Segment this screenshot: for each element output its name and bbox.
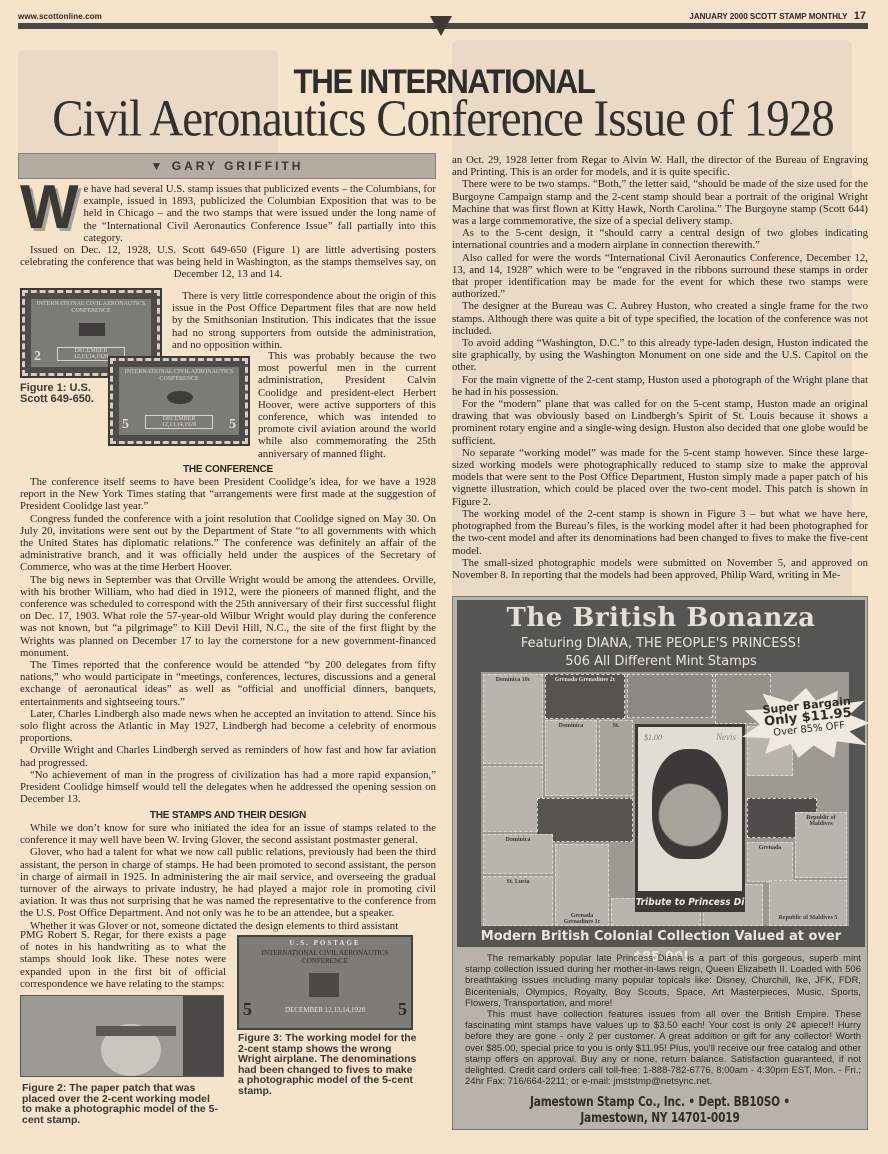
ad-header-panel: The British Bonanza Featuring DIANA, THE… — [457, 600, 865, 946]
section-heading-conference: THE CONFERENCE — [20, 464, 436, 475]
paragraph: The small-sized photographic models were… — [452, 557, 868, 581]
paragraph: The conference itself seems to have been… — [20, 476, 436, 513]
british-bonanza-ad[interactable]: The British Bonanza Featuring DIANA, THE… — [452, 596, 868, 1130]
diana-stamp-value: $1.00 — [644, 733, 662, 742]
intro-wrap-1: There is very little correspondence abou… — [172, 290, 436, 351]
paragraph: The designer at the Bureau was C. Aubrey… — [452, 300, 868, 337]
section-design: THE STAMPS AND THEIR DESIGN While we don… — [20, 807, 436, 932]
stamp-thumb: Grenada Grenadines 2c — [545, 674, 625, 719]
paragraph: Orville Wright and Charles Lindbergh ser… — [20, 744, 436, 768]
ad-body-paragraph-1: The remarkably popular late Princess Dia… — [465, 953, 861, 1009]
globe-plane-image — [167, 391, 193, 405]
paragraph: The Times reported that the conference w… — [20, 659, 436, 708]
stamp-thumb: St. Lucia — [483, 876, 553, 926]
figure-2-image — [20, 995, 224, 1077]
drop-cap: W — [20, 183, 79, 235]
right-column-text: an Oct. 29, 1928 letter from Regar to Al… — [452, 154, 868, 581]
stamp-5-cent: INTERNATIONAL CIVIL AERONAUTICS CONFEREN… — [110, 358, 248, 444]
paragraph: The working model of the 2-cent stamp is… — [452, 508, 868, 557]
paragraph: Congress funded the conference with a jo… — [20, 513, 436, 574]
ad-company-address: Jamestown Stamp Co., Inc. • Dept. BB10SO… — [499, 1094, 822, 1126]
stamp-thumb: Dominica — [545, 720, 597, 796]
section-conference: THE CONFERENCE The conference itself see… — [20, 461, 436, 805]
stamp-5c-value-left: 5 — [122, 417, 129, 433]
paragraph: an Oct. 29, 1928 letter from Regar to Al… — [452, 154, 868, 178]
paragraph: Glover, who had a talent for what we now… — [20, 846, 436, 919]
fig3-value-right: 5 — [398, 999, 407, 1020]
intro-wrap-2: This was probably because the two most p… — [258, 350, 436, 460]
byline: ▼ GARY GRIFFITH — [18, 153, 436, 179]
figure-3-caption: Figure 3: The working model for the 2-ce… — [238, 1033, 418, 1096]
intro-paragraph-2: Issued on Dec. 12, 1928, U.S. Scott 649-… — [20, 244, 436, 281]
diana-stamp: $1.00 Nevis — [635, 724, 745, 894]
ad-subtitle: Featuring DIANA, THE PEOPLE'S PRINCESS! — [457, 636, 865, 651]
issue-info: JANUARY 2000 SCOTT STAMP MONTHLY 17 — [689, 10, 866, 22]
intro-paragraph-3: There is very little correspondence abou… — [172, 290, 436, 351]
ad-value-band: Modern British Colonial Collection Value… — [457, 926, 865, 947]
figure-2-caption: Figure 2: The paper patch that was place… — [22, 1083, 222, 1125]
ad-body: The remarkably popular late Princess Dia… — [465, 953, 861, 1087]
header-triangle-icon — [430, 16, 452, 36]
paragraph: To avoid adding “Washington, D.C.” to th… — [452, 337, 868, 374]
paragraph: There were to be two stamps. “Both,” the… — [452, 178, 868, 227]
paragraph: PMG Robert S. Regar, for there exists a … — [20, 929, 226, 990]
site-url: www.scottonline.com — [18, 12, 102, 21]
stamp-thumb: Republic of Maldives 5 — [769, 880, 847, 926]
stamp-thumb: St. — [599, 720, 633, 796]
paragraph: The big news in September was that Orvil… — [20, 574, 436, 659]
intro-block: W e have had several U.S. stamp issues t… — [20, 183, 436, 281]
ad-body-paragraph-2: This must have collection features issue… — [465, 1009, 861, 1087]
stamp-thumb: Grenada — [747, 842, 793, 882]
paragraph: For the main vignette of the 2-cent stam… — [452, 374, 868, 398]
design-wrap: PMG Robert S. Regar, for there exists a … — [20, 929, 226, 990]
fig3-stamp-top: U.S. POSTAGE — [239, 939, 411, 947]
fig3-stamp-date: DECEMBER 12,13,14,1928 — [275, 1006, 375, 1014]
issue-date: JANUARY 2000 — [689, 12, 747, 21]
airplane-image — [96, 1026, 176, 1036]
figure-1-caption: Figure 1: U.S. Scott 649-650. — [20, 383, 100, 405]
stamp-thumb: Dominica 10c — [483, 674, 543, 764]
ad-subtitle-2: 506 All Different Mint Stamps — [457, 654, 865, 669]
stamp-thumb: Dominica — [483, 834, 553, 874]
diana-stamp-caption: Tribute to Princess Di — [635, 894, 745, 912]
publication-name: SCOTT STAMP MONTHLY — [750, 12, 848, 21]
paragraph: While we don’t know for sure who initiat… — [20, 822, 436, 846]
paragraph: Also called for were the words “Internat… — [452, 252, 868, 301]
stamp-thumb — [483, 766, 543, 832]
wright-plane-image — [79, 323, 105, 337]
magazine-page: www.scottonline.com JANUARY 2000 SCOTT S… — [0, 0, 888, 1154]
paragraph: For the “modern” plane that was called f… — [452, 398, 868, 447]
stamp-2c-value: 2 — [34, 349, 41, 365]
page-number: 17 — [854, 10, 866, 22]
stamp-5c-date: DECEMBER 12,13,14,1928 — [145, 415, 212, 429]
paragraph: As to the 5-cent design, it “should carr… — [452, 227, 868, 251]
stamp-thumb: Republic of Maldives — [795, 812, 847, 878]
stamp-thumb: Grenada Grenadines 1c — [555, 844, 609, 926]
ad-title: The British Bonanza — [457, 603, 865, 633]
section-heading-design: THE STAMPS AND THEIR DESIGN — [20, 810, 436, 821]
paragraph: “No achievement of man in the progress o… — [20, 769, 436, 806]
article-title: Civil Aeronautics Conference Issue of 19… — [18, 89, 868, 148]
stamp-5c-header: INTERNATIONAL CIVIL AERONAUTICS CONFEREN… — [119, 369, 239, 383]
intro-paragraph-4: This was probably because the two most p… — [258, 350, 436, 460]
fig3-value-left: 5 — [243, 999, 252, 1020]
princess-diana-portrait — [652, 749, 728, 859]
figure-3-image: U.S. POSTAGE INTERNATIONAL CIVIL AERONAU… — [237, 935, 413, 1030]
intro-paragraph-1: e have had several U.S. stamp issues tha… — [20, 183, 436, 244]
stamp-thumb — [627, 674, 713, 718]
paragraph: Later, Charles Lindbergh also made news … — [20, 708, 436, 745]
fig3-stamp-header: INTERNATIONAL CIVIL AERONAUTICS CONFEREN… — [259, 949, 391, 965]
paragraph: No separate “working model” was made for… — [452, 447, 868, 508]
diana-stamp-country: Nevis — [716, 732, 736, 742]
stamp-2c-header: INTERNATIONAL CIVIL AERONAUTICS CONFEREN… — [31, 301, 151, 315]
stamp-5c-value-right: 5 — [229, 417, 236, 433]
